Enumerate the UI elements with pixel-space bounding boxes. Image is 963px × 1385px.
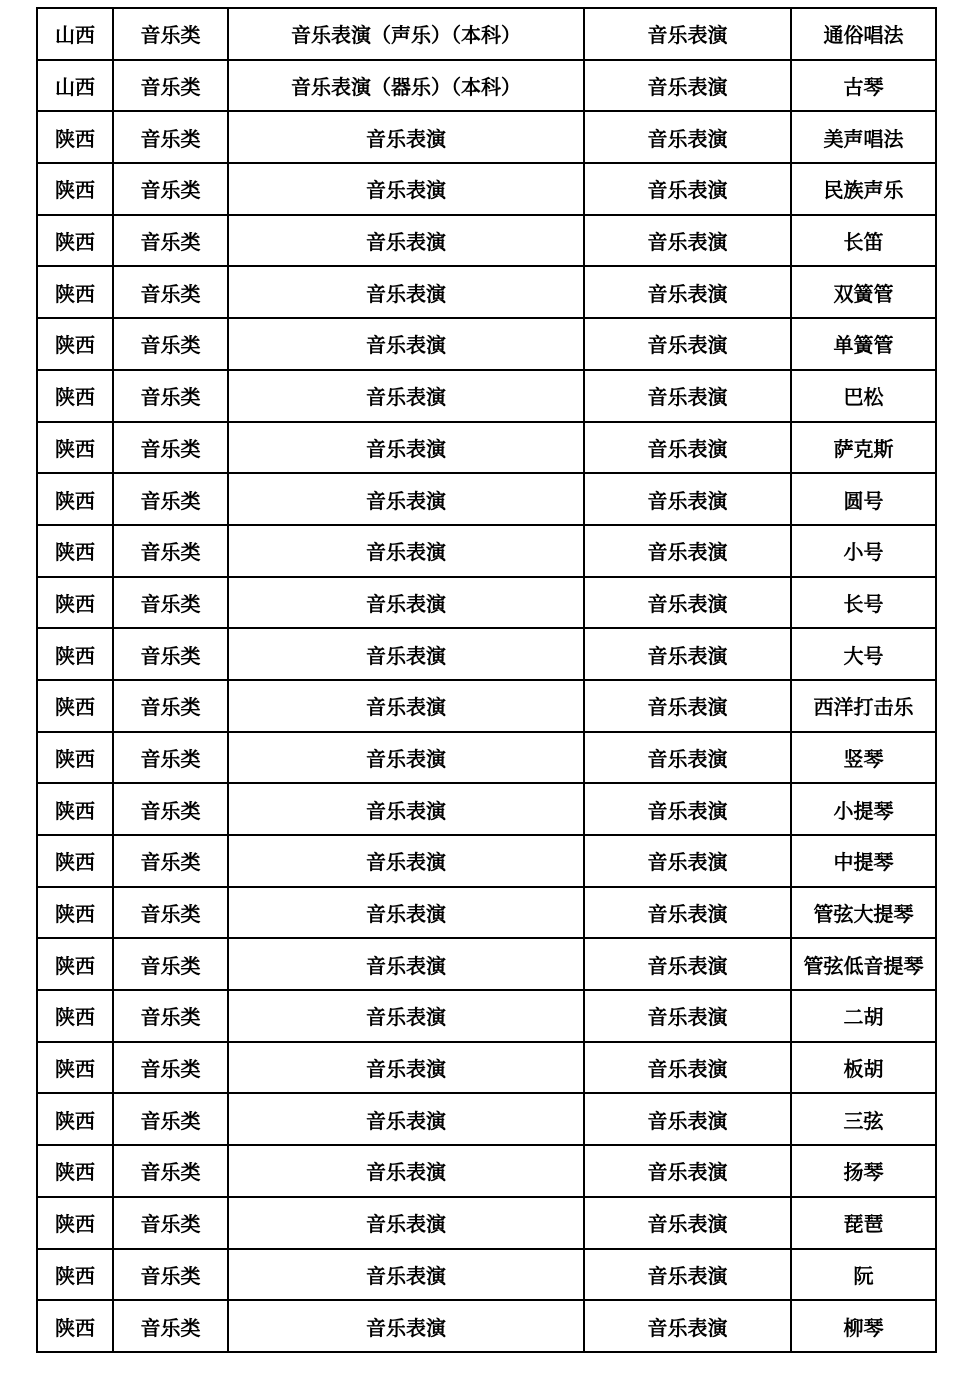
table-row: 陕西音乐类音乐表演音乐表演圆号	[37, 473, 936, 525]
table-cell-category: 音乐类	[113, 370, 228, 422]
table-cell-province: 陕西	[37, 1300, 113, 1352]
table-cell-specialty: 单簧管	[791, 318, 936, 370]
table-cell-program: 音乐表演	[228, 1249, 584, 1301]
table-cell-major: 音乐表演	[584, 1197, 791, 1249]
table-cell-program: 音乐表演	[228, 1042, 584, 1094]
table-cell-province: 陕西	[37, 835, 113, 887]
table-cell-specialty: 中提琴	[791, 835, 936, 887]
table-cell-program: 音乐表演	[228, 525, 584, 577]
table-cell-category: 音乐类	[113, 266, 228, 318]
table-cell-specialty: 阮	[791, 1249, 936, 1301]
table-row: 陕西音乐类音乐表演音乐表演长号	[37, 577, 936, 629]
table-cell-specialty: 萨克斯	[791, 422, 936, 474]
table-cell-specialty: 长号	[791, 577, 936, 629]
table-cell-program: 音乐表演	[228, 422, 584, 474]
table-cell-program: 音乐表演	[228, 215, 584, 267]
table-cell-specialty: 巴松	[791, 370, 936, 422]
table-row: 陕西音乐类音乐表演音乐表演竖琴	[37, 732, 936, 784]
table-cell-major: 音乐表演	[584, 422, 791, 474]
table-row: 陕西音乐类音乐表演音乐表演长笛	[37, 215, 936, 267]
table-cell-major: 音乐表演	[584, 370, 791, 422]
table-cell-major: 音乐表演	[584, 1249, 791, 1301]
table-cell-major: 音乐表演	[584, 887, 791, 939]
table-row: 陕西音乐类音乐表演音乐表演扬琴	[37, 1145, 936, 1197]
table-cell-category: 音乐类	[113, 1197, 228, 1249]
table-cell-specialty: 古琴	[791, 60, 936, 112]
table-cell-specialty: 柳琴	[791, 1300, 936, 1352]
table-row: 陕西音乐类音乐表演音乐表演大号	[37, 628, 936, 680]
table-cell-major: 音乐表演	[584, 732, 791, 784]
table-body: 山西音乐类音乐表演（声乐）（本科）音乐表演通俗唱法山西音乐类音乐表演（器乐）（本…	[37, 8, 936, 1352]
table-row: 陕西音乐类音乐表演音乐表演西洋打击乐	[37, 680, 936, 732]
table-row: 陕西音乐类音乐表演音乐表演单簧管	[37, 318, 936, 370]
table-cell-major: 音乐表演	[584, 577, 791, 629]
table-cell-program: 音乐表演	[228, 887, 584, 939]
table-cell-major: 音乐表演	[584, 938, 791, 990]
table-cell-program: 音乐表演	[228, 318, 584, 370]
table-cell-province: 陕西	[37, 887, 113, 939]
table-row: 陕西音乐类音乐表演音乐表演二胡	[37, 990, 936, 1042]
table-cell-category: 音乐类	[113, 1249, 228, 1301]
table-cell-program: 音乐表演	[228, 990, 584, 1042]
table-cell-program: 音乐表演（声乐）（本科）	[228, 8, 584, 60]
table-row: 陕西音乐类音乐表演音乐表演管弦低音提琴	[37, 938, 936, 990]
table-cell-major: 音乐表演	[584, 835, 791, 887]
table-row: 陕西音乐类音乐表演音乐表演三弦	[37, 1093, 936, 1145]
table-cell-program: 音乐表演	[228, 473, 584, 525]
table-cell-program: 音乐表演	[228, 732, 584, 784]
table-cell-category: 音乐类	[113, 111, 228, 163]
table-cell-program: 音乐表演	[228, 680, 584, 732]
table-cell-province: 陕西	[37, 215, 113, 267]
table-cell-major: 音乐表演	[584, 163, 791, 215]
table-cell-category: 音乐类	[113, 732, 228, 784]
table-cell-major: 音乐表演	[584, 111, 791, 163]
table-cell-program: 音乐表演	[228, 266, 584, 318]
table-cell-program: 音乐表演	[228, 111, 584, 163]
table-cell-specialty: 大号	[791, 628, 936, 680]
table-cell-specialty: 三弦	[791, 1093, 936, 1145]
table-cell-province: 陕西	[37, 938, 113, 990]
table-cell-category: 音乐类	[113, 525, 228, 577]
table-cell-province: 陕西	[37, 163, 113, 215]
table-cell-specialty: 管弦低音提琴	[791, 938, 936, 990]
table-cell-major: 音乐表演	[584, 1300, 791, 1352]
table-cell-province: 陕西	[37, 422, 113, 474]
table-row: 陕西音乐类音乐表演音乐表演巴松	[37, 370, 936, 422]
table-row: 陕西音乐类音乐表演音乐表演美声唱法	[37, 111, 936, 163]
table-cell-category: 音乐类	[113, 215, 228, 267]
table-cell-category: 音乐类	[113, 8, 228, 60]
table-cell-category: 音乐类	[113, 1042, 228, 1094]
table-row: 陕西音乐类音乐表演音乐表演民族声乐	[37, 163, 936, 215]
table-row: 山西音乐类音乐表演（器乐）（本科）音乐表演古琴	[37, 60, 936, 112]
table-cell-major: 音乐表演	[584, 8, 791, 60]
table-cell-specialty: 扬琴	[791, 1145, 936, 1197]
table-cell-major: 音乐表演	[584, 60, 791, 112]
table-cell-category: 音乐类	[113, 1300, 228, 1352]
table-cell-major: 音乐表演	[584, 1093, 791, 1145]
table-cell-province: 陕西	[37, 525, 113, 577]
table-cell-category: 音乐类	[113, 60, 228, 112]
table-cell-specialty: 小号	[791, 525, 936, 577]
table-cell-specialty: 长笛	[791, 215, 936, 267]
table-cell-category: 音乐类	[113, 835, 228, 887]
table-cell-major: 音乐表演	[584, 266, 791, 318]
table-cell-major: 音乐表演	[584, 318, 791, 370]
table-cell-specialty: 双簧管	[791, 266, 936, 318]
table-cell-category: 音乐类	[113, 318, 228, 370]
table-cell-specialty: 管弦大提琴	[791, 887, 936, 939]
table-cell-province: 陕西	[37, 1197, 113, 1249]
table-cell-program: 音乐表演	[228, 1300, 584, 1352]
table-cell-province: 陕西	[37, 370, 113, 422]
table-row: 陕西音乐类音乐表演音乐表演双簧管	[37, 266, 936, 318]
table-cell-province: 陕西	[37, 1249, 113, 1301]
table-cell-program: 音乐表演	[228, 628, 584, 680]
table-cell-category: 音乐类	[113, 577, 228, 629]
document-page: 山西音乐类音乐表演（声乐）（本科）音乐表演通俗唱法山西音乐类音乐表演（器乐）（本…	[0, 0, 963, 1385]
table-cell-category: 音乐类	[113, 628, 228, 680]
table-cell-specialty: 板胡	[791, 1042, 936, 1094]
table-cell-specialty: 西洋打击乐	[791, 680, 936, 732]
table-row: 陕西音乐类音乐表演音乐表演阮	[37, 1249, 936, 1301]
table-cell-province: 陕西	[37, 266, 113, 318]
table-row: 陕西音乐类音乐表演音乐表演小提琴	[37, 783, 936, 835]
table-cell-major: 音乐表演	[584, 990, 791, 1042]
table-cell-program: 音乐表演	[228, 1197, 584, 1249]
table-cell-program: 音乐表演	[228, 577, 584, 629]
table-cell-province: 陕西	[37, 1042, 113, 1094]
table-cell-province: 山西	[37, 8, 113, 60]
table-cell-province: 山西	[37, 60, 113, 112]
table-cell-program: 音乐表演	[228, 1093, 584, 1145]
table-cell-specialty: 美声唱法	[791, 111, 936, 163]
table-cell-program: 音乐表演	[228, 163, 584, 215]
table-cell-specialty: 二胡	[791, 990, 936, 1042]
table-cell-category: 音乐类	[113, 938, 228, 990]
table-row: 陕西音乐类音乐表演音乐表演琵琶	[37, 1197, 936, 1249]
table-cell-program: 音乐表演	[228, 783, 584, 835]
table-cell-specialty: 通俗唱法	[791, 8, 936, 60]
table-row: 陕西音乐类音乐表演音乐表演管弦大提琴	[37, 887, 936, 939]
table-cell-program: 音乐表演	[228, 370, 584, 422]
table-cell-program: 音乐表演	[228, 835, 584, 887]
table-cell-major: 音乐表演	[584, 473, 791, 525]
table-cell-category: 音乐类	[113, 887, 228, 939]
table-cell-major: 音乐表演	[584, 1042, 791, 1094]
table-row: 山西音乐类音乐表演（声乐）（本科）音乐表演通俗唱法	[37, 8, 936, 60]
table-row: 陕西音乐类音乐表演音乐表演小号	[37, 525, 936, 577]
table-cell-category: 音乐类	[113, 422, 228, 474]
table-cell-specialty: 竖琴	[791, 732, 936, 784]
table-cell-province: 陕西	[37, 111, 113, 163]
admissions-specialty-table: 山西音乐类音乐表演（声乐）（本科）音乐表演通俗唱法山西音乐类音乐表演（器乐）（本…	[36, 7, 937, 1353]
table-cell-province: 陕西	[37, 318, 113, 370]
table-cell-specialty: 圆号	[791, 473, 936, 525]
table-cell-category: 音乐类	[113, 990, 228, 1042]
table-cell-province: 陕西	[37, 732, 113, 784]
table-cell-category: 音乐类	[113, 1145, 228, 1197]
table-cell-category: 音乐类	[113, 680, 228, 732]
table-cell-province: 陕西	[37, 473, 113, 525]
table-cell-specialty: 小提琴	[791, 783, 936, 835]
table-cell-category: 音乐类	[113, 163, 228, 215]
table-cell-major: 音乐表演	[584, 525, 791, 577]
table-cell-province: 陕西	[37, 1145, 113, 1197]
table-row: 陕西音乐类音乐表演音乐表演萨克斯	[37, 422, 936, 474]
table-cell-major: 音乐表演	[584, 1145, 791, 1197]
table-cell-category: 音乐类	[113, 1093, 228, 1145]
table-cell-program: 音乐表演	[228, 1145, 584, 1197]
table-cell-program: 音乐表演（器乐）（本科）	[228, 60, 584, 112]
table-cell-province: 陕西	[37, 1093, 113, 1145]
table-cell-specialty: 琵琶	[791, 1197, 936, 1249]
table-cell-province: 陕西	[37, 783, 113, 835]
table-row: 陕西音乐类音乐表演音乐表演中提琴	[37, 835, 936, 887]
table-cell-category: 音乐类	[113, 783, 228, 835]
table-row: 陕西音乐类音乐表演音乐表演板胡	[37, 1042, 936, 1094]
table-cell-major: 音乐表演	[584, 680, 791, 732]
table-cell-category: 音乐类	[113, 473, 228, 525]
table-cell-province: 陕西	[37, 577, 113, 629]
table-cell-province: 陕西	[37, 628, 113, 680]
table-cell-program: 音乐表演	[228, 938, 584, 990]
table-cell-major: 音乐表演	[584, 215, 791, 267]
table-cell-province: 陕西	[37, 680, 113, 732]
table-cell-province: 陕西	[37, 990, 113, 1042]
table-cell-specialty: 民族声乐	[791, 163, 936, 215]
table-row: 陕西音乐类音乐表演音乐表演柳琴	[37, 1300, 936, 1352]
table-cell-major: 音乐表演	[584, 783, 791, 835]
table-cell-major: 音乐表演	[584, 628, 791, 680]
